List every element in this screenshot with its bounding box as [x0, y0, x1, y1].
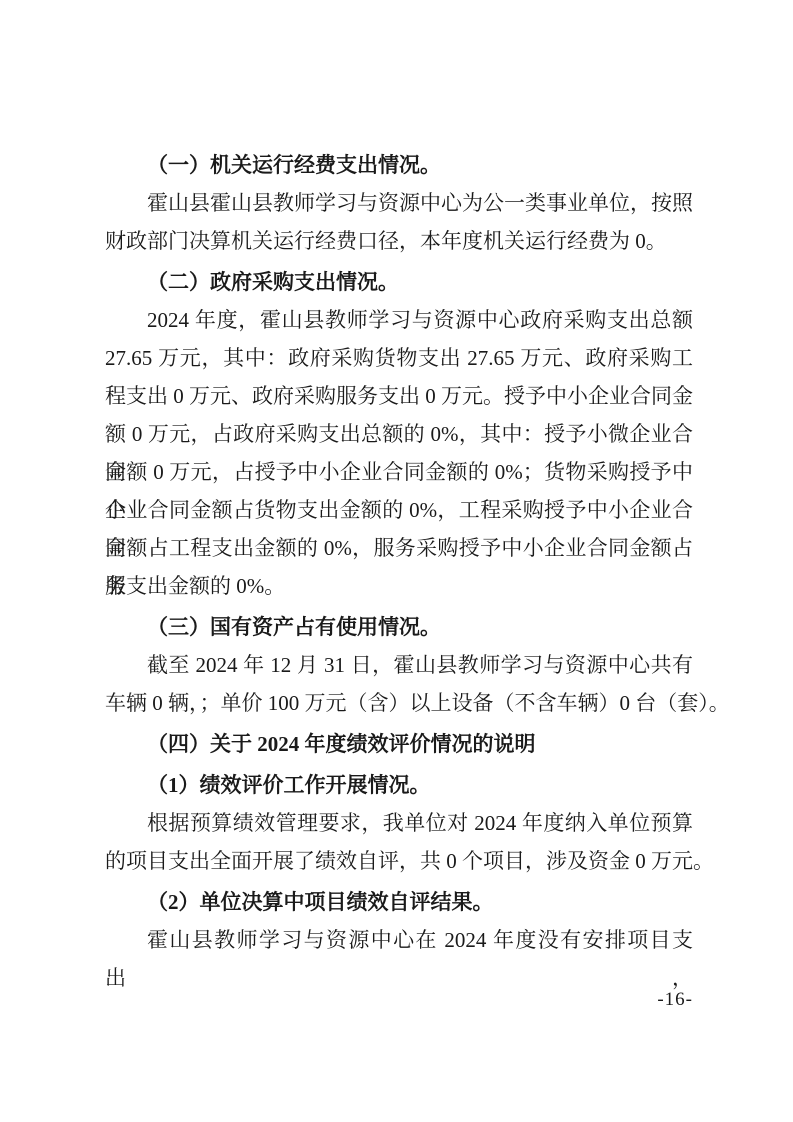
section-heading: （二）政府采购支出情况。	[105, 263, 693, 301]
text-line: 霍山县霍山县教师学习与资源中心为公一类事业单位，按照	[105, 184, 693, 222]
text-line: 霍山县教师学习与资源中心在 2024 年度没有安排项目支出，	[105, 921, 693, 959]
section-heading: （1）绩效评价工作开展情况。	[105, 766, 693, 804]
page-number: -16-	[657, 988, 693, 1012]
text-line: 截至 2024 年 12 月 31 日，霍山县教师学习与资源中心共有	[105, 646, 693, 684]
section-heading: （四）关于 2024 年度绩效评价情况的说明	[105, 725, 693, 763]
text-line: 财政部门决算机关运行经费口径，本年度机关运行经费为 0。	[105, 222, 693, 260]
text-line: 额 0 万元，占政府采购支出总额的 0%，其中：授予小微企业合同	[105, 415, 693, 453]
text-line: 金额占工程支出金额的 0%，服务采购授予中小企业合同金额占服	[105, 529, 693, 567]
text-line: 根据预算绩效管理要求，我单位对 2024 年度纳入单位预算	[105, 804, 693, 842]
document-body: （一）机关运行经费支出情况。霍山县霍山县教师学习与资源中心为公一类事业单位，按照…	[105, 146, 693, 959]
section-heading: （一）机关运行经费支出情况。	[105, 146, 693, 184]
section-heading: （2）单位决算中项目绩效自评结果。	[105, 883, 693, 921]
text-line: 金额 0 万元，占授予中小企业合同金额的 0%；货物采购授予中小	[105, 453, 693, 491]
text-line: 车辆 0 辆，；单价 100 万元（含）以上设备（不含车辆）0 台（套）。	[105, 684, 693, 722]
text-line: 程支出 0 万元、政府采购服务支出 0 万元。授予中小企业合同金	[105, 377, 693, 415]
section-heading: （三）国有资产占有使用情况。	[105, 608, 693, 646]
text-line: 的项目支出全面开展了绩效自评，共 0 个项目，涉及资金 0 万元。	[105, 842, 693, 880]
text-line: 务支出金额的 0%。	[105, 567, 693, 605]
text-line: 27.65 万元，其中：政府采购货物支出 27.65 万元、政府采购工	[105, 339, 693, 377]
text-line: 2024 年度，霍山县教师学习与资源中心政府采购支出总额	[105, 301, 693, 339]
document-page: （一）机关运行经费支出情况。霍山县霍山县教师学习与资源中心为公一类事业单位，按照…	[0, 0, 793, 1122]
text-line: 企业合同金额占货物支出金额的 0%，工程采购授予中小企业合同	[105, 491, 693, 529]
